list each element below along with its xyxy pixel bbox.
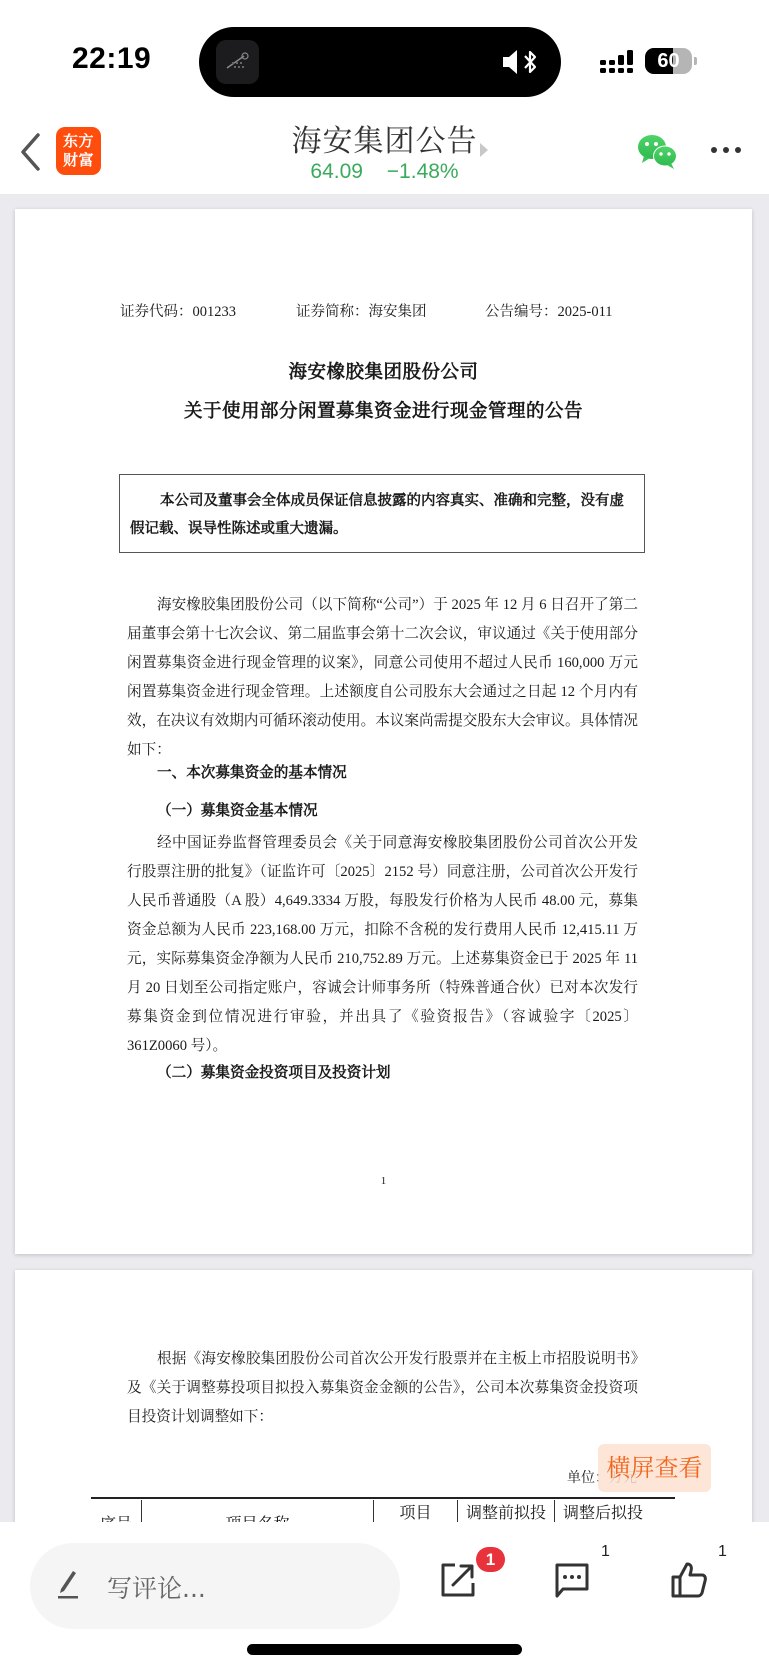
pencil-icon <box>56 1567 80 1601</box>
more-dot <box>735 147 741 153</box>
app-thumbnail-icon <box>216 40 259 84</box>
table-top-rule <box>91 1497 675 1499</box>
disclosure-notice: 本公司及董事会全体成员保证信息披露的内容真实、准确和完整，没有虚假记载、误导性陈… <box>119 474 645 553</box>
page-number: 1 <box>15 1175 752 1187</box>
pdf-viewer[interactable]: 证券代码：001233 证券简称：海安集团 公告编号：2025-011 海安橡胶… <box>0 194 769 1522</box>
status-bar: 22:19 60 <box>0 0 769 110</box>
share-button[interactable]: 1 <box>429 1547 489 1607</box>
nav-header: 东方 财富 海安集团公告 64.09 −1.48% <box>0 110 769 194</box>
share-icon <box>439 1561 477 1599</box>
dynamic-island[interactable] <box>199 27 561 97</box>
security-code: 证券代码：001233 <box>120 300 236 321</box>
subsection-heading-2: （二）募集资金投资项目及投资计划 <box>157 1061 391 1082</box>
table-header-after-adjustment: 调整后拟投 入募集资金 <box>554 1500 651 1522</box>
battery-level: 60 <box>645 48 692 74</box>
wechat-share-button[interactable] <box>637 134 679 170</box>
table-header-seq: 序号 <box>91 1500 141 1522</box>
more-options-button[interactable] <box>711 144 743 156</box>
cellular-signal-icon <box>600 50 636 74</box>
announcement-number: 公告编号：2025-011 <box>485 300 613 321</box>
stock-change-pct: −1.48% <box>387 160 459 183</box>
battery-icon: 60 <box>645 48 692 74</box>
comment-count: 1 <box>601 1543 610 1561</box>
comment-placeholder: 写评论... <box>107 1569 206 1605</box>
document-page-1: 证券代码：001233 证券简称：海安集团 公告编号：2025-011 海安橡胶… <box>15 209 752 1254</box>
landscape-view-button[interactable]: 横屏查看 <box>598 1444 711 1492</box>
document-page-2: 根据《海安橡胶集团股份公司首次公开发行股票并在主板上市招股说明书》及《关于调整募… <box>15 1270 752 1522</box>
security-short-name: 证券简称：海安集团 <box>296 300 427 321</box>
intro-paragraph: 海安橡胶集团股份公司（以下简称“公司”）于 2025 年 12 月 6 日召开了… <box>127 591 638 765</box>
mute-bluetooth-icon <box>501 47 541 77</box>
battery-nub <box>694 57 697 65</box>
comments-button[interactable]: 1 <box>543 1547 603 1607</box>
company-name: 海安橡胶集团股份公司 <box>15 358 752 384</box>
like-count: 1 <box>718 1543 727 1561</box>
investment-plan-paragraph: 根据《海安橡胶集团股份公司首次公开发行股票并在主板上市招股说明书》及《关于调整募… <box>127 1345 638 1432</box>
wechat-icon <box>637 134 679 170</box>
thumbs-up-icon <box>670 1561 708 1599</box>
more-dots-icon <box>711 147 717 153</box>
table-header-before-adjustment: 调整前拟投 入募集资金 <box>457 1500 554 1522</box>
comment-input[interactable]: 写评论... <box>30 1543 400 1629</box>
share-badge: 1 <box>476 1547 505 1572</box>
home-indicator[interactable] <box>247 1644 522 1655</box>
more-dot <box>723 147 729 153</box>
table-header-total-investment: 项目 总投资 <box>373 1500 457 1522</box>
fundraising-paragraph: 经中国证券监督管理委员会《关于同意海安橡胶集团股份公司首次公开发行股票注册的批复… <box>127 829 638 1061</box>
bottom-toolbar: 写评论... 1 1 1 <box>0 1522 769 1670</box>
section-heading-1: 一、本次募集资金的基本情况 <box>157 761 347 782</box>
subsection-heading-1: （一）募集资金基本情况 <box>157 799 318 820</box>
stock-price: 64.09 <box>310 160 363 183</box>
title-arrow-icon[interactable] <box>480 143 488 157</box>
announcement-title: 关于使用部分闲置募集资金进行现金管理的公告 <box>15 397 752 423</box>
status-time: 22:19 <box>72 42 151 76</box>
comment-bubble-icon <box>553 1561 591 1599</box>
table-header-project-name: 项目名称 <box>141 1500 373 1522</box>
like-button[interactable]: 1 <box>660 1547 720 1607</box>
